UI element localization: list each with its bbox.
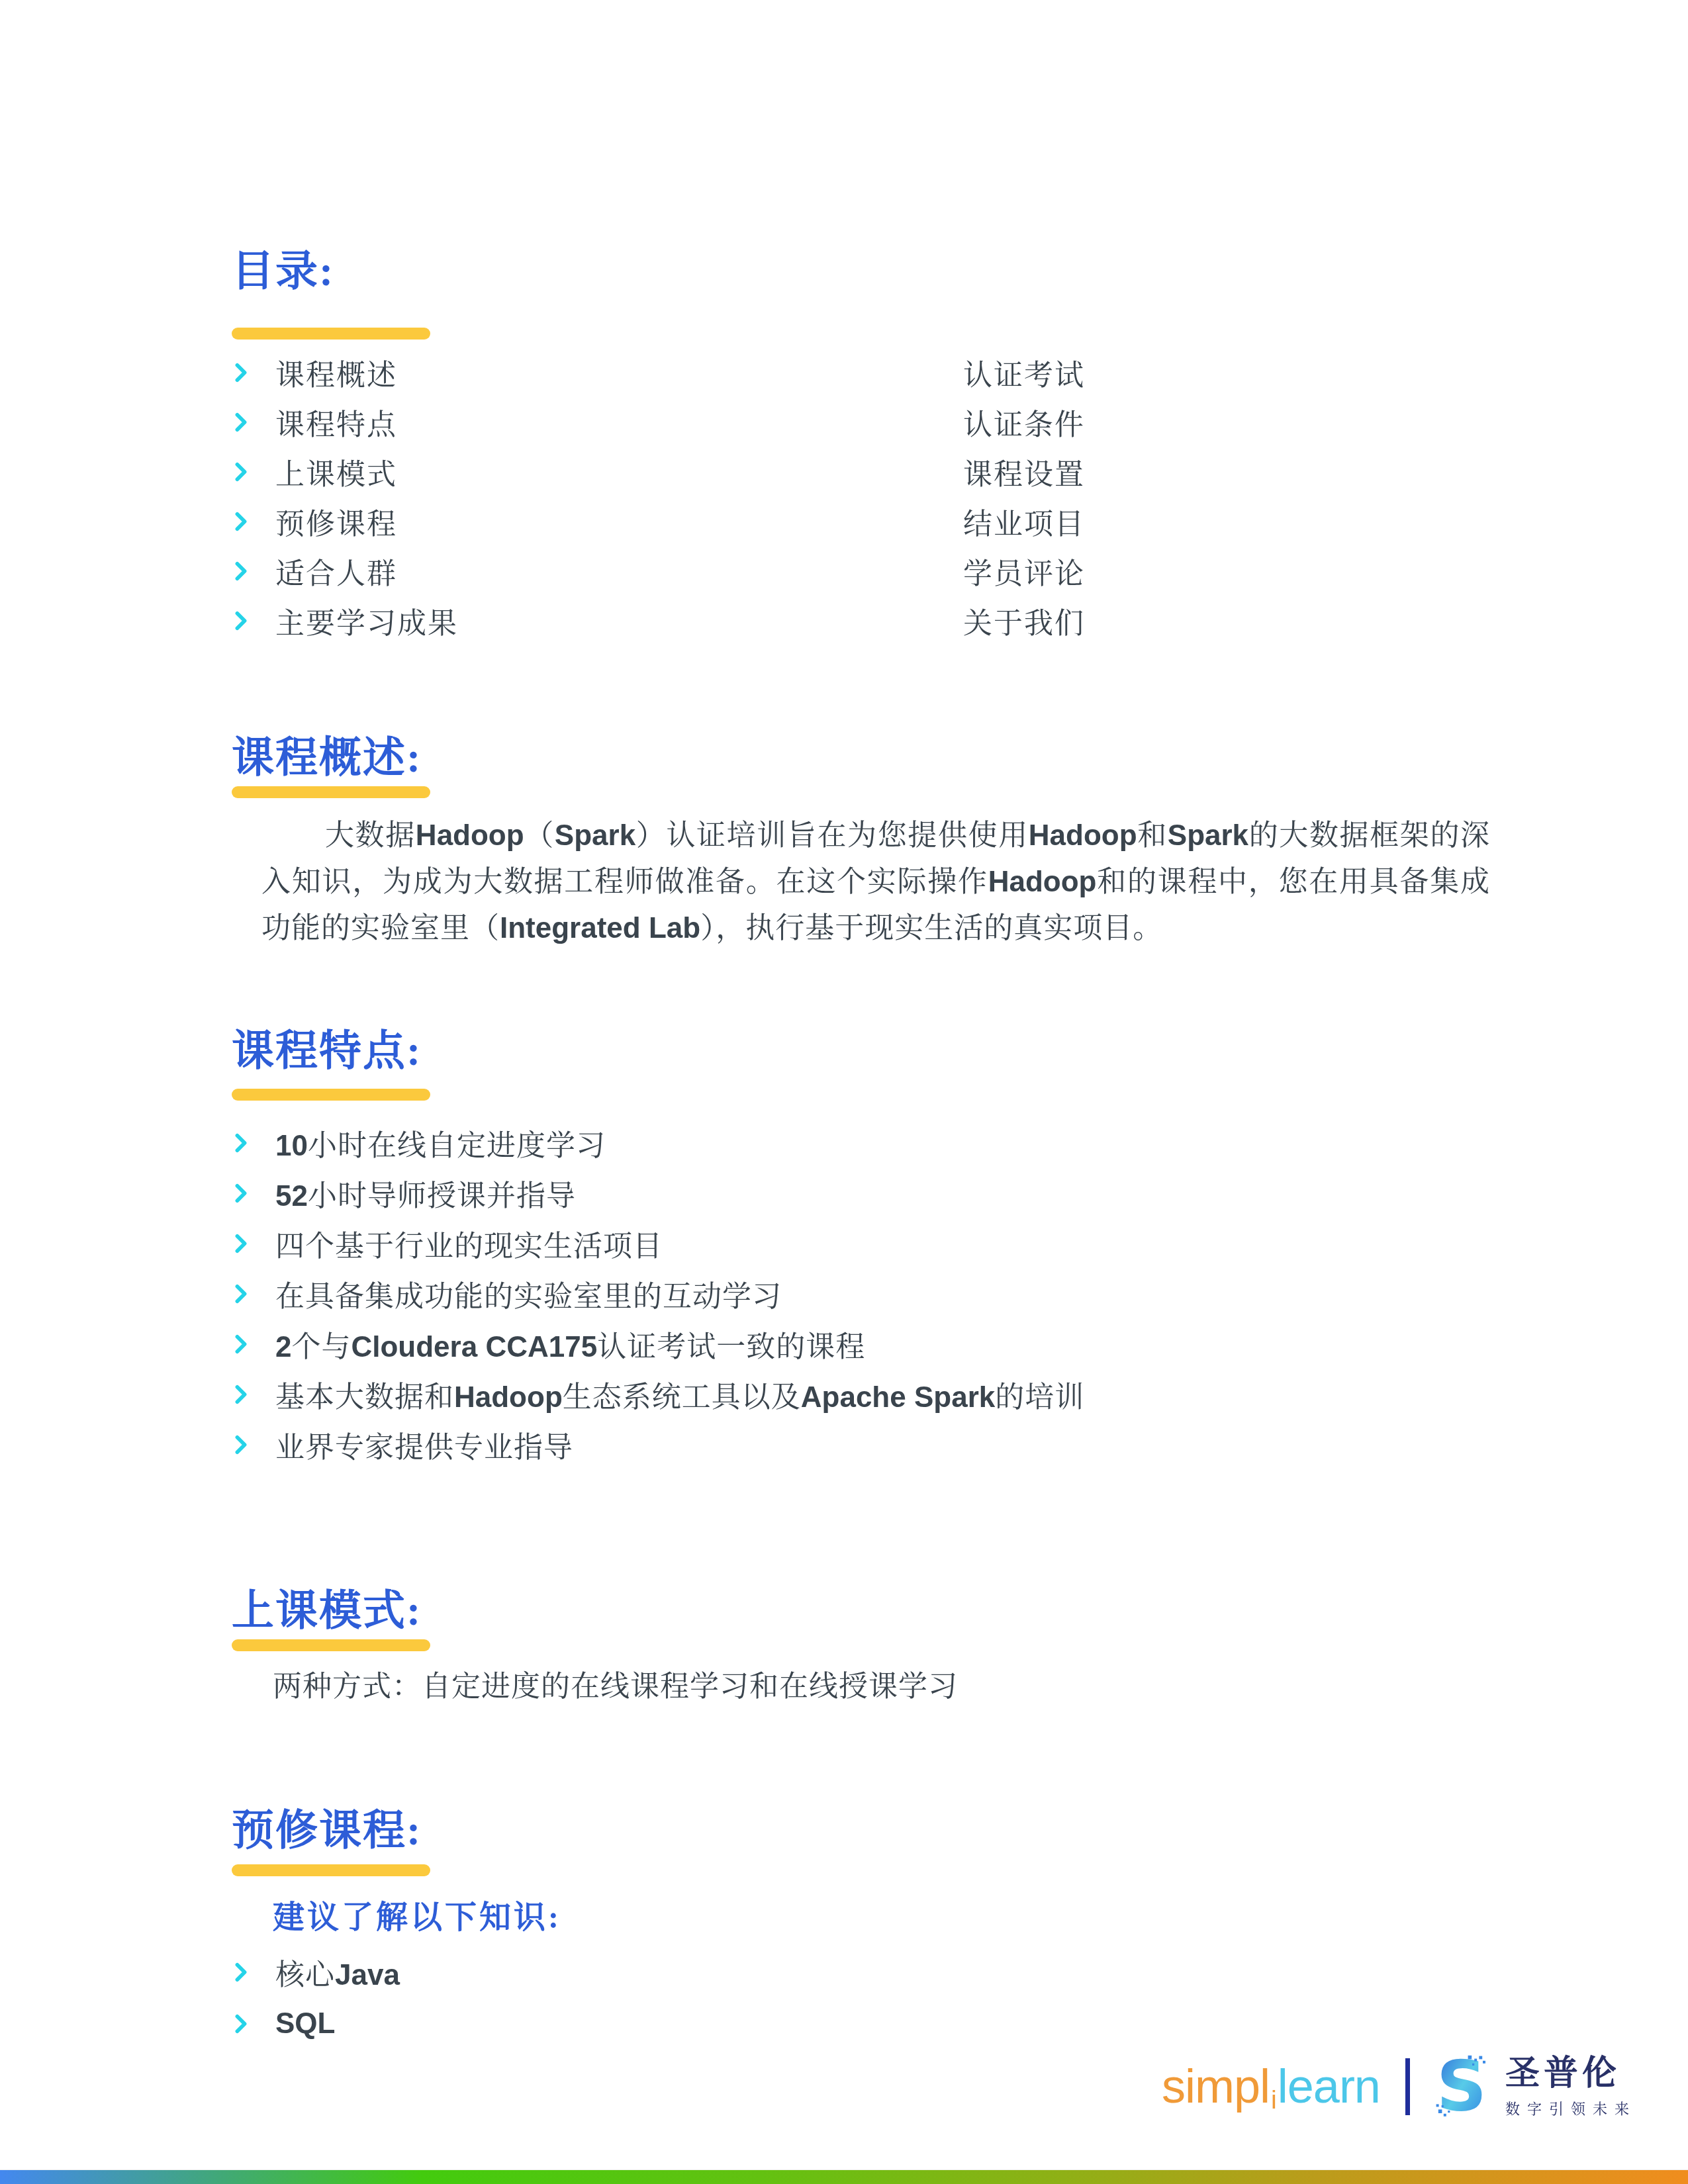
brochure-page: 目录: 课程概述: [0, 0, 1688, 2184]
feature-item: 四个基于行业的现实生活项目: [232, 1218, 1470, 1269]
prerequisites-subheading: 建议了解以下知识:: [273, 1899, 1470, 1937]
chevron-right-icon: [232, 1383, 250, 1406]
overview-heading-underline: [232, 786, 430, 798]
chevron-right-icon: [232, 1232, 250, 1255]
toc-item[interactable]: 关于我们: [963, 596, 1085, 645]
chevron-right-icon: [232, 1131, 250, 1155]
feature-item: 10小时在线自定进度学习: [232, 1118, 1470, 1168]
toc-section: 目录: 课程概述: [232, 0, 1470, 645]
overview-section: 课程概述: 大数据Hadoop（Spark）认证培训旨在为您提供使用Hadoop…: [232, 735, 1470, 952]
toc-item[interactable]: 主要学习成果: [232, 596, 963, 645]
feature-item: 2个与Cloudera CCA175认证考试一致的课程: [232, 1319, 1470, 1369]
chevron-right-icon: [232, 1181, 250, 1205]
toc-item-label: 适合人群: [275, 550, 397, 592]
toc-heading-underline: [232, 328, 430, 340]
mode-heading-underline: [232, 1639, 430, 1651]
prerequisite-item: SQL: [232, 1998, 1470, 2050]
overview-heading: 课程概述:: [232, 735, 1470, 781]
toc-column-right: 认证考试 认证条件 课程设置 结业项目: [963, 347, 1085, 645]
feature-item-label: 10小时在线自定进度学习: [275, 1122, 606, 1164]
toc-item[interactable]: 结业项目: [963, 496, 1085, 546]
bottom-gradient-bar: [0, 2169, 1688, 2184]
mode-text: 两种方式：自定进度的在线课程学习和在线授课学习: [273, 1667, 1470, 1707]
feature-item-label: 业界专家提供专业指导: [275, 1424, 573, 1466]
feature-item: 在具备集成功能的实验室里的互动学习: [232, 1269, 1470, 1319]
chevron-right-icon: [232, 1332, 250, 1356]
svg-text:S: S: [1436, 2053, 1487, 2120]
simplilearn-logo-prefix: simpl: [1162, 2060, 1270, 2113]
toc-item-label: 认证条件: [963, 401, 1085, 443]
feature-item-label: 2个与Cloudera CCA175认证考试一致的课程: [275, 1323, 865, 1365]
chevron-right-icon: [232, 609, 250, 633]
toc-item[interactable]: 课程设置: [963, 447, 1085, 496]
chevron-right-icon: [232, 559, 250, 583]
simplilearn-logo-suffix: learn: [1278, 2060, 1380, 2113]
prerequisites-list: 核心Java SQL: [232, 1946, 1470, 2050]
toc-item[interactable]: 课程概述: [232, 347, 963, 397]
toc-item-label: 课程特点: [275, 401, 397, 443]
features-heading-underline: [232, 1089, 430, 1101]
simplilearn-logo: simplilearn: [1162, 2060, 1380, 2114]
prerequisite-item: 核心Java: [232, 1946, 1470, 1998]
mode-section: 上课模式: 两种方式：自定进度的在线课程学习和在线授课学习: [232, 1588, 1470, 1707]
mode-heading: 上课模式:: [232, 1588, 1470, 1634]
toc-columns: 课程概述 课程特点: [232, 347, 1470, 645]
prerequisite-item-label: 核心Java: [275, 1951, 400, 1993]
toc-item[interactable]: 课程特点: [232, 397, 963, 447]
footer-divider: [1405, 2058, 1410, 2115]
toc-item-label: 关于我们: [963, 600, 1085, 642]
prerequisites-heading: 预修课程:: [232, 1807, 1470, 1854]
toc-item-label: 课程设置: [963, 451, 1085, 493]
features-section: 课程特点: 10小时在线自定进度学习 52小: [232, 1028, 1470, 1470]
toc-item-label: 主要学习成果: [275, 600, 458, 642]
toc-item-label: 结业项目: [963, 500, 1085, 543]
features-heading: 课程特点:: [232, 1028, 1470, 1074]
chevron-right-icon: [232, 510, 250, 533]
toc-item[interactable]: 认证考试: [963, 347, 1085, 397]
prerequisites-section: 预修课程: 建议了解以下知识: 核心Java: [232, 1807, 1470, 2050]
features-list: 10小时在线自定进度学习 52小时导师授课并指导 四个基于行业的: [232, 1118, 1470, 1470]
chevron-right-icon: [232, 2012, 250, 2036]
feature-item-label: 基本大数据和Hadoop生态系统工具以及Apache Spark的培训: [275, 1373, 1084, 1416]
feature-item: 业界专家提供专业指导: [232, 1420, 1470, 1470]
footer-brand-area: simplilearn S 圣普伦 数字引领未来: [1162, 2050, 1636, 2123]
prerequisites-heading-underline: [232, 1864, 430, 1876]
prerequisite-item-label: SQL: [275, 2007, 335, 2040]
chevron-right-icon: [232, 361, 250, 385]
feature-item-label: 在具备集成功能的实验室里的互动学习: [275, 1273, 782, 1315]
toc-item[interactable]: 适合人群: [232, 546, 963, 596]
chevron-right-icon: [232, 1433, 250, 1457]
feature-item-label: 四个基于行业的现实生活项目: [275, 1222, 663, 1265]
toc-item-label: 学员评论: [963, 550, 1085, 592]
page-content: 目录: 课程概述: [232, 0, 1470, 2050]
toc-column-left: 课程概述 课程特点: [232, 347, 963, 645]
feature-item: 基本大数据和Hadoop生态系统工具以及Apache Spark的培训: [232, 1369, 1470, 1420]
toc-heading: 目录:: [232, 248, 1470, 295]
toc-item-label: 课程概述: [275, 351, 397, 394]
toc-item[interactable]: 认证条件: [963, 397, 1085, 447]
chevron-right-icon: [232, 1960, 250, 1984]
shengpulun-s-logo-icon: S: [1435, 2053, 1488, 2120]
chevron-right-icon: [232, 1282, 250, 1306]
toc-item[interactable]: 学员评论: [963, 546, 1085, 596]
toc-item-label: 预修课程: [275, 500, 397, 543]
overview-paragraph: 大数据Hadoop（Spark）认证培训旨在为您提供使用Hadoop和Spark…: [261, 813, 1490, 952]
toc-item[interactable]: 预修课程: [232, 496, 963, 546]
feature-item-label: 52小时导师授课并指导: [275, 1172, 576, 1214]
simplilearn-logo-dropped-i: i: [1271, 2085, 1276, 2115]
shengpulun-brand-block: 圣普伦 数字引领未来: [1505, 2056, 1636, 2118]
toc-item-label: 上课模式: [275, 451, 397, 493]
feature-item: 52小时导师授课并指导: [232, 1168, 1470, 1218]
chevron-right-icon: [232, 460, 250, 484]
toc-item[interactable]: 上课模式: [232, 447, 963, 496]
shengpulun-brand-tagline: 数字引领未来: [1505, 2098, 1636, 2118]
toc-item-label: 认证考试: [963, 351, 1085, 394]
shengpulun-brand-name: 圣普伦: [1505, 2056, 1636, 2093]
chevron-right-icon: [232, 410, 250, 434]
